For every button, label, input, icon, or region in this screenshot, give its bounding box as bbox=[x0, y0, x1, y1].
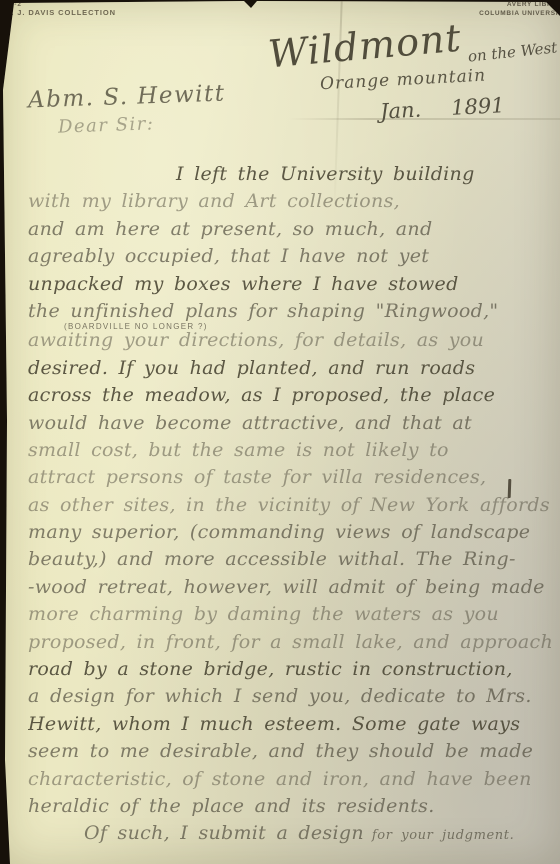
closing-small: for your judgment. bbox=[372, 828, 514, 843]
letter-closing-line: Of such, I submit a designfor your judgm… bbox=[28, 820, 556, 847]
letter-line: -wood retreat, however, will admit of be… bbox=[28, 574, 556, 601]
closing-main: Of such, I submit a design bbox=[84, 822, 364, 844]
letter-line: small cost, but the same is not likely t… bbox=[28, 437, 556, 464]
letter-line: beauty,) and more accessible withal. The… bbox=[28, 546, 556, 573]
letter-line: I left the University building bbox=[28, 161, 556, 188]
addressee: Abm. S. Hewitt bbox=[28, 81, 226, 114]
letter-line: with my library and Art collections, bbox=[28, 188, 556, 215]
letter-line: characteristic, of stone and iron, and h… bbox=[28, 766, 556, 793]
letter-line: more charming by daming the waters as yo… bbox=[28, 601, 556, 628]
letter-line: proposed, in front, for a small lake, an… bbox=[28, 629, 556, 656]
library-stamp-line1: AVERY LIBRARY bbox=[408, 1, 560, 10]
dateline: Jan.1891 bbox=[379, 90, 558, 123]
letter-line: seem to me desirable, and they should be… bbox=[28, 738, 556, 765]
letter-paper: 19-2 A. J. DAVIS COLLECTION AVERY LIBRAR… bbox=[0, 0, 560, 864]
date-year: 1891 bbox=[451, 93, 506, 120]
letter-line: a design for which I send you, dedicate … bbox=[28, 683, 556, 710]
collection-stamp-code: 19-2 bbox=[5, 1, 116, 8]
letter-body: I left the University building with my l… bbox=[28, 161, 556, 848]
letter-line: desired. If you had planted, and run roa… bbox=[28, 355, 556, 382]
letter-photograph: 19-2 A. J. DAVIS COLLECTION AVERY LIBRAR… bbox=[0, 0, 560, 864]
letter-line: would have become attractive, and that a… bbox=[28, 410, 556, 437]
letter-line: Hewitt, whom I much esteem. Some gate wa… bbox=[28, 711, 556, 738]
letter-line: unpacked my boxes where I have stowed bbox=[28, 271, 556, 298]
letter-line: road by a stone bridge, rustic in constr… bbox=[28, 656, 556, 683]
collection-stamp-name: A. J. DAVIS COLLECTION bbox=[5, 8, 116, 17]
letter-line: and am here at present, so much, and bbox=[28, 216, 556, 243]
letterhead: Wildmonton the West Orange mountain Jan.… bbox=[268, 24, 558, 119]
collection-stamp: 19-2 A. J. DAVIS COLLECTION bbox=[5, 1, 116, 17]
letter-line: agreably occupied, that I have not yet bbox=[28, 243, 556, 270]
library-stamp: AVERY LIBRARY COLUMBIA UNIVERSITY bbox=[408, 1, 560, 18]
letter-line: across the meadow, as I proposed, the pl… bbox=[28, 382, 556, 409]
library-stamp-line2: COLUMBIA UNIVERSITY bbox=[408, 10, 560, 19]
letter-line: many superior, (commanding views of land… bbox=[28, 519, 556, 546]
letter-line: the unfinished plans for shaping "Ringwo… bbox=[28, 298, 556, 325]
greeting: Dear Sir: bbox=[58, 113, 155, 137]
date-month: Jan. bbox=[379, 98, 421, 124]
letter-line: attract persons of taste for villa resid… bbox=[28, 464, 556, 491]
letter-line: awaiting your directions, for details, a… bbox=[28, 327, 556, 354]
letter-line: as other sites, in the vicinity of New Y… bbox=[28, 492, 556, 519]
letter-line: heraldic of the place and its residents. bbox=[28, 793, 556, 820]
